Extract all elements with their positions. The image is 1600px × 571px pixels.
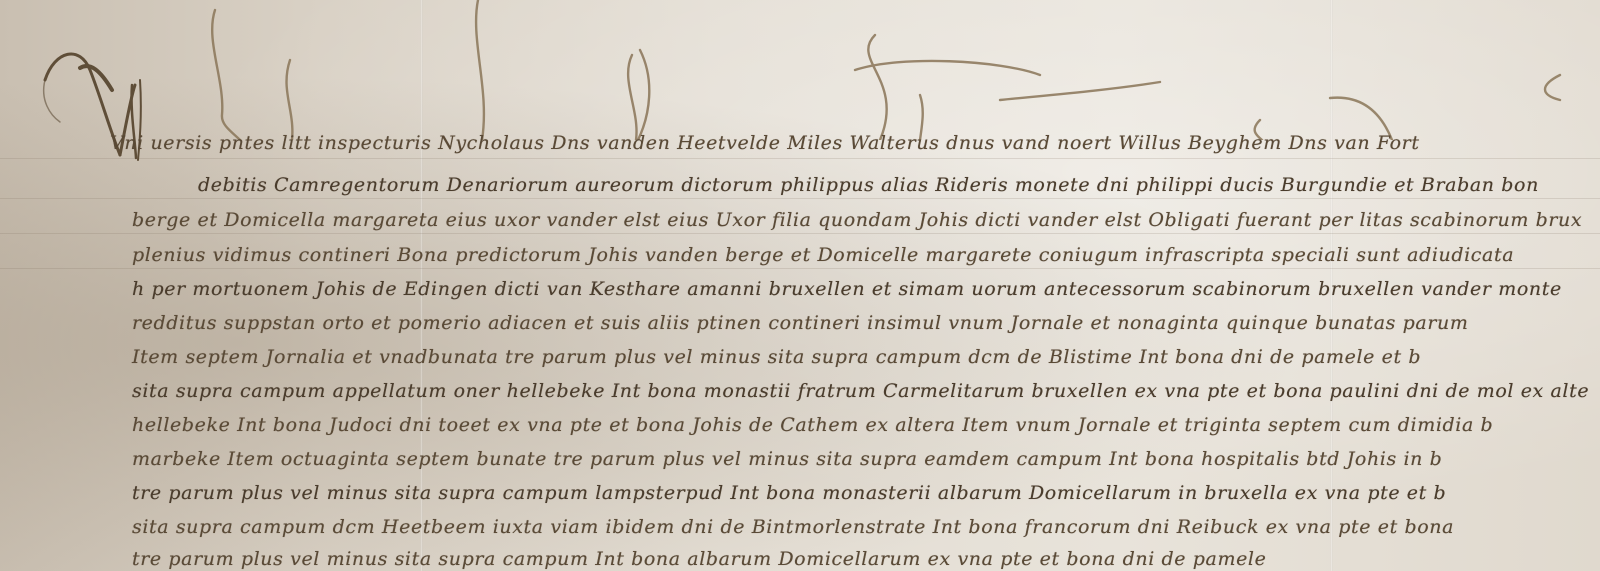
charter-text-line: Vni uersis pntes litt inspecturis Nychol…: [110, 132, 1420, 154]
ruling-line: [0, 233, 1600, 234]
ruling-line: [0, 158, 1600, 159]
charter-text-line: hellebeke Int bona Judoci dni toeet ex v…: [132, 414, 1493, 436]
charter-text-line: sita supra campum dcm Heetbeem iuxta via…: [132, 516, 1454, 538]
charter-text-line: Item septem Jornalia et vnadbunata tre p…: [132, 346, 1421, 368]
charter-text-line: berge et Domicella margareta eius uxor v…: [132, 209, 1582, 231]
charter-text-line: debitis Camregentorum Denariorum aureoru…: [198, 174, 1539, 196]
ruling-line: [0, 268, 1600, 269]
charter-text-line: tre parum plus vel minus sita supra camp…: [132, 548, 1266, 570]
charter-photograph: { "document": { "type": "medieval-latin-…: [0, 0, 1600, 571]
charter-text-line: sita supra campum appellatum oner helleb…: [132, 380, 1589, 402]
decorative-ascender-flourishes: [0, 0, 1600, 140]
charter-text-line: marbeke Item octuaginta septem bunate tr…: [132, 448, 1442, 470]
charter-text-line: plenius vidimus contineri Bona predictor…: [132, 244, 1514, 266]
charter-text-line: tre parum plus vel minus sita supra camp…: [132, 482, 1446, 504]
ruling-line: [0, 198, 1600, 199]
charter-text-line: h per mortuonem Johis de Edingen dicti v…: [132, 278, 1562, 300]
charter-text-line: redditus suppstan orto et pomerio adiace…: [132, 312, 1468, 334]
